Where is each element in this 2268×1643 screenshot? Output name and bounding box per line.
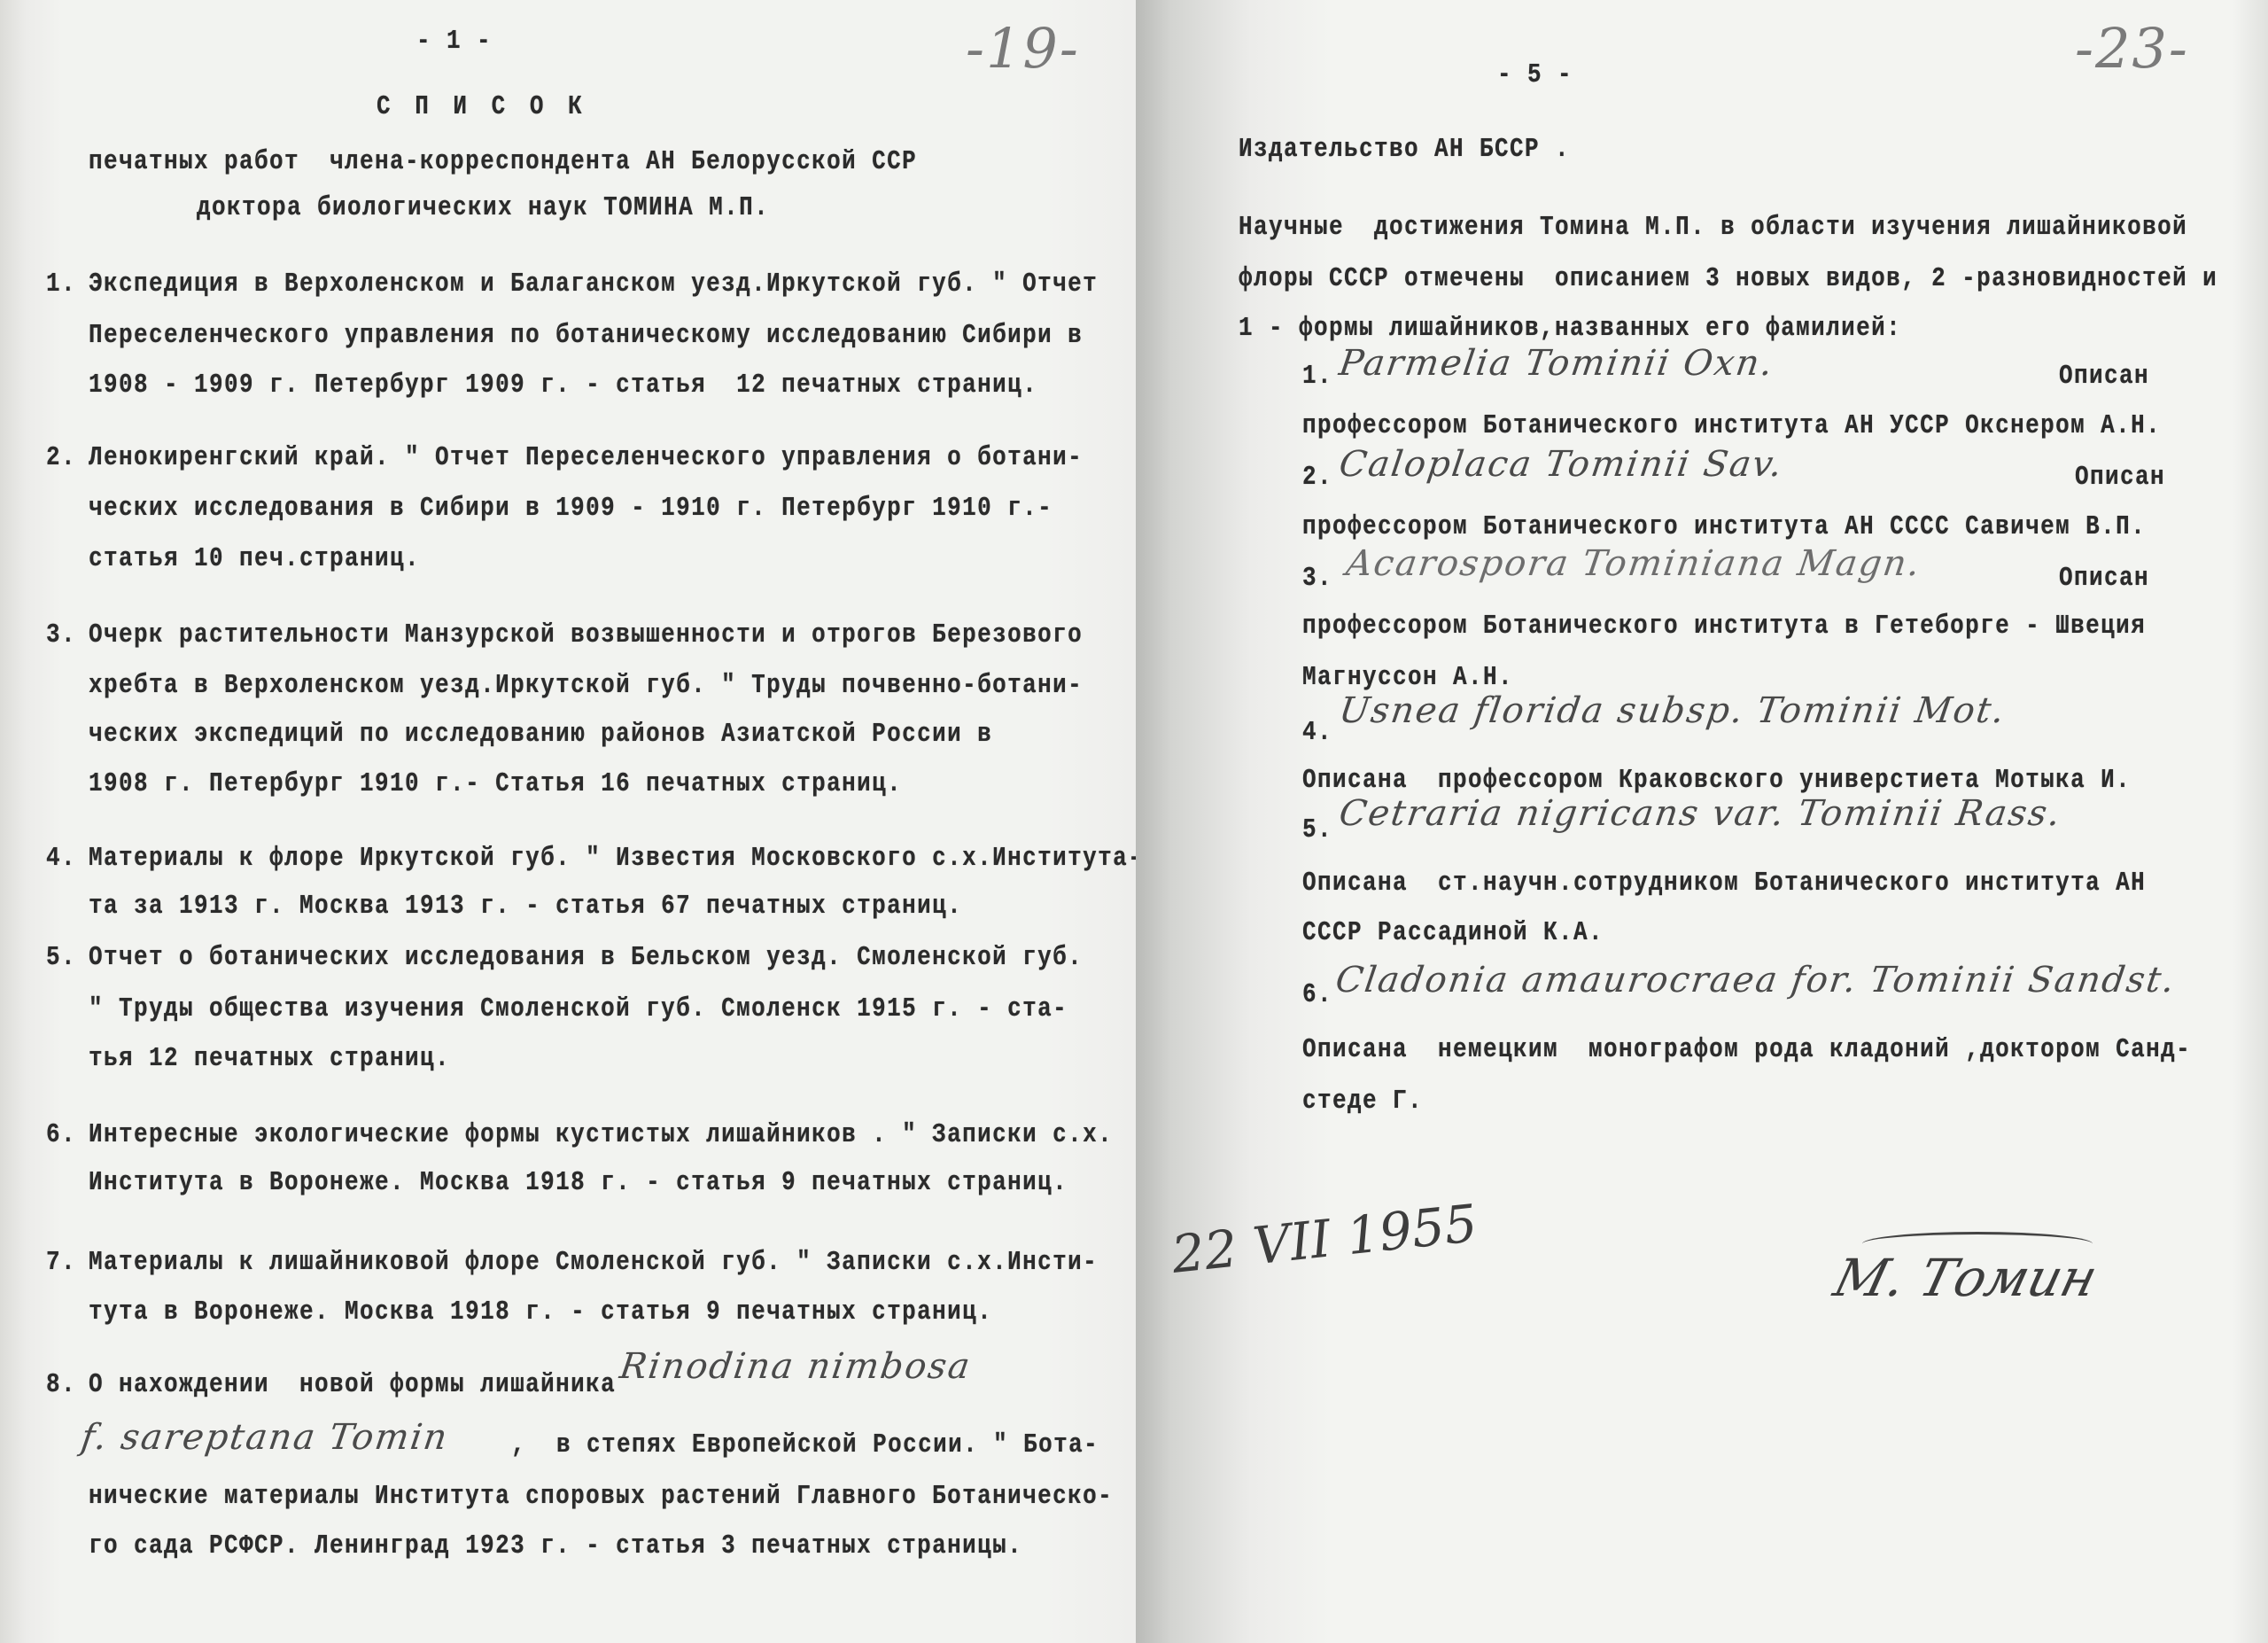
item-line: го сада РСФСР. Ленинград 1923 г. - стать…	[89, 1530, 1022, 1561]
handwritten-taxon-name: Rinodina nimbosa	[617, 1347, 974, 1386]
item-number: 2.	[46, 441, 76, 472]
taxon-number: 4.	[1302, 716, 1332, 747]
document-subtitle-line2: доктора биологических наук ТОМИНА М.П.	[197, 191, 769, 222]
item-line: статья 10 печ.страниц.	[89, 542, 420, 573]
item-number: 8.	[46, 1368, 76, 1399]
item-line: нические материалы Института споровых ра…	[89, 1480, 1113, 1511]
handwritten-taxon-name: Cetraria nigricans var. Tominii Rass.	[1337, 794, 2064, 833]
item-line: Очерк растительности Манзурской возвышен…	[89, 619, 1083, 650]
handwritten-taxon-name: Cladonia amaurocraea for. Tominii Sandst…	[1333, 961, 2179, 1000]
signature-flourish	[1862, 1232, 2093, 1256]
left-page: - 1 - -19- С П И С О К печатных работ чл…	[0, 0, 1136, 1643]
publisher-line: Издательство АН БССР .	[1239, 133, 1570, 164]
taxon-description: профессором Ботанического института АН С…	[1302, 510, 2146, 541]
item-line: Материалы к флоре Иркутской губ. " Извес…	[89, 842, 1143, 873]
item-line: хребта в Верхоленском уезд.Иркутской губ…	[89, 669, 1083, 700]
item-number: 5.	[46, 941, 76, 972]
intro-line: 1 - формы лишайников,названных его фамил…	[1239, 312, 1901, 343]
item-line: 1908 - 1909 г. Петербург 1909 г. - стать…	[89, 369, 1037, 400]
handwritten-taxon-name: Acarospora Tominiana Magn.	[1344, 544, 1923, 583]
taxon-number: 2.	[1302, 461, 1332, 492]
handwritten-taxon-form: f. sareptana Tomin	[79, 1418, 451, 1457]
item-line: тья 12 печатных страниц.	[89, 1042, 450, 1073]
taxon-number: 1.	[1302, 360, 1332, 391]
intro-line: флоры СССР отмечены описанием 3 новых ви…	[1239, 262, 2218, 293]
item-line: Института в Воронеже. Москва 1918 г. - с…	[89, 1166, 1068, 1197]
taxon-description: профессором Ботанического института в Ге…	[1302, 610, 2146, 641]
item-line: Переселенческого управления по ботаничес…	[89, 319, 1083, 350]
taxon-number: 5.	[1302, 814, 1332, 845]
item-line: Отчет о ботанических исследования в Бель…	[89, 941, 1083, 972]
archive-folio-number: -19-	[966, 18, 1080, 80]
item-line-typed: , в степях Европейской России. " Бота-	[496, 1429, 1099, 1460]
handwritten-taxon-name: Usnea florida subsp. Tominii Mot.	[1337, 691, 2008, 730]
item-line: Материалы к лишайниковой флоре Смоленско…	[89, 1246, 1098, 1277]
right-page: - 5 - -23- Издательство АН БССР . Научны…	[1136, 0, 2268, 1643]
taxon-number: 3.	[1302, 562, 1332, 593]
taxon-description: Описана ст.научн.сотрудником Ботаническо…	[1302, 867, 2146, 898]
taxon-label: Описан	[2059, 360, 2149, 391]
item-line: 1908 г. Петербург 1910 г.- Статья 16 печ…	[89, 767, 902, 798]
page-number: - 5 -	[1497, 58, 1573, 90]
handwritten-taxon-name: Caloplaca Tominii Sav.	[1337, 445, 1786, 484]
item-line: та за 1913 г. Москва 1913 г. - статья 67…	[89, 890, 962, 921]
taxon-label: Описан	[2075, 461, 2165, 492]
taxon-description: стеде Г.	[1302, 1085, 1423, 1116]
taxon-number: 6.	[1302, 978, 1332, 1009]
taxon-label: Описан	[2059, 562, 2149, 593]
item-line: ческих экспедиций по исследованию районо…	[89, 718, 992, 749]
item-line: ческих исследования в Сибири в 1909 - 19…	[89, 492, 1052, 523]
signature: М. Томин	[1829, 1250, 2102, 1306]
handwritten-date: 22 VII 1955	[1169, 1195, 1480, 1283]
page-number: - 1 -	[416, 25, 492, 56]
document-subtitle-line1: печатных работ члена-корреспондента АН Б…	[89, 145, 917, 176]
archive-folio-number: -23-	[2075, 18, 2189, 80]
item-line: тута в Воронеже. Москва 1918 г. - статья…	[89, 1296, 992, 1327]
item-line-typed: О нахождении новой формы лишайника	[89, 1368, 616, 1399]
item-number: 3.	[46, 619, 76, 650]
item-line: Экспедиция в Верхоленском и Балаганском …	[89, 268, 1098, 299]
taxon-description: СССР Рассадиной К.А.	[1302, 916, 1604, 947]
document-title: С П И С О К	[377, 90, 587, 121]
item-line: Ленокиренгский край. " Отчет Переселенче…	[89, 441, 1083, 472]
taxon-description: Описана профессором Краковского универст…	[1302, 764, 2131, 795]
handwritten-taxon-name: Parmelia Tominii Oxn.	[1337, 344, 1776, 383]
item-number: 6.	[46, 1118, 76, 1149]
item-number: 1.	[46, 268, 76, 299]
item-number: 4.	[46, 842, 76, 873]
item-number: 7.	[46, 1246, 76, 1277]
taxon-description: профессором Ботанического института АН У…	[1302, 409, 2161, 440]
item-line: Интересные экологические формы кустистых…	[89, 1118, 1113, 1149]
item-line: " Труды общества изучения Смоленской губ…	[89, 993, 1068, 1024]
intro-line: Научные достижения Томина М.П. в области…	[1239, 211, 2187, 242]
taxon-description: Магнуссон А.Н.	[1302, 661, 1513, 692]
taxon-description: Описана немецким монографом рода кладони…	[1302, 1033, 2191, 1064]
